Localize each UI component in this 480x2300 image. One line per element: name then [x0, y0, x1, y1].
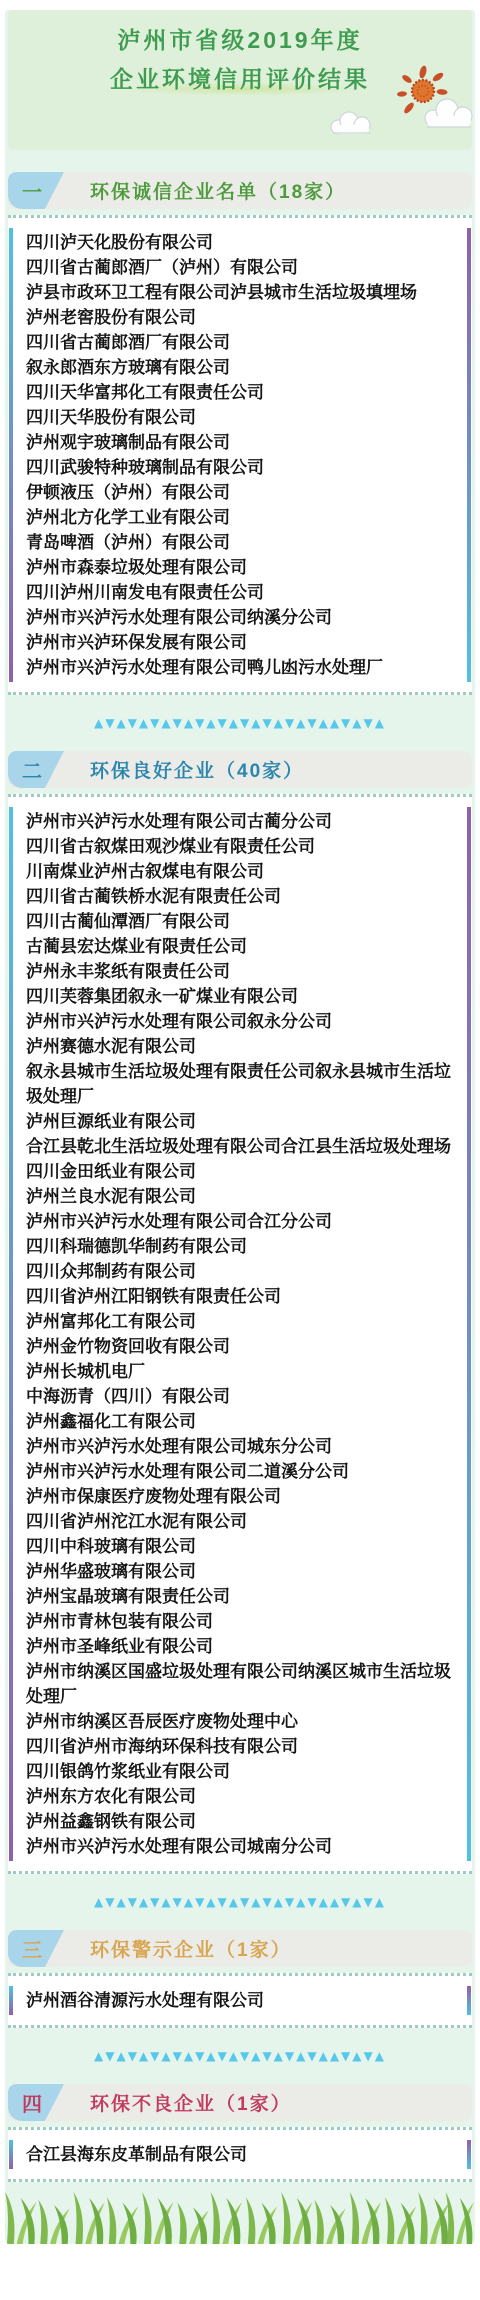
- company-name: 泸州市兴泸污水处理有限公司城东分公司: [26, 1434, 458, 1459]
- company-name: 泸县市政环卫工程有限公司泸县城市生活垃圾填埋场: [26, 280, 458, 305]
- company-name: 泸州老窖股份有限公司: [26, 305, 458, 330]
- company-name: 四川省泸州沱江水泥有限公司: [26, 1509, 458, 1534]
- company-name: 泸州酒谷清源污水处理有限公司: [26, 1988, 458, 2013]
- section-header-1: 一环保诚信企业名单（18家）: [8, 172, 472, 209]
- company-name: 伊顿液压（泸州）有限公司: [26, 480, 458, 505]
- company-name: 泸州市兴泸环保发展有限公司: [26, 630, 458, 655]
- company-name: 中海沥青（四川）有限公司: [26, 1384, 458, 1409]
- company-name: 合江县海东皮革制品有限公司: [26, 2142, 458, 2167]
- section-header-2: 二环保良好企业（40家）: [8, 751, 472, 788]
- company-name: 泸州东方农化有限公司: [26, 1784, 458, 1809]
- company-name: 泸州金竹物资回收有限公司: [26, 1334, 458, 1359]
- company-name: 泸州巨源纸业有限公司: [26, 1109, 458, 1134]
- company-name: 泸州市纳溪区吾辰医疗废物处理中心: [26, 1709, 458, 1734]
- company-name: 四川金田纸业有限公司: [26, 1159, 458, 1184]
- company-name: 泸州市兴泸污水处理有限公司二道溪分公司: [26, 1459, 458, 1484]
- company-name: 泸州市兴泸污水处理有限公司合江分公司: [26, 1209, 458, 1234]
- company-name: 泸州永丰浆纸有限责任公司: [26, 959, 458, 984]
- company-name: 泸州益鑫钢铁有限公司: [26, 1809, 458, 1834]
- triangle-divider: ▲▼▲▼▲▼▲▼▲▼▲▼▲▼▲▼▲▼▲▼▲▲▼▲▼▲: [5, 1874, 475, 1930]
- section-number-badge: 二: [8, 751, 64, 788]
- company-name: 四川科瑞德凯华制药有限公司: [26, 1234, 458, 1259]
- company-name: 叙永郎酒东方玻璃有限公司: [26, 355, 458, 380]
- sections-container: 一环保诚信企业名单（18家）四川泸天化股份有限公司四川省古蔺郎酒厂（泸州）有限公…: [5, 172, 475, 2182]
- cloud-icon: [325, 110, 377, 141]
- section-header-4: 四环保不良企业（1家）: [8, 2084, 472, 2121]
- company-name: 泸州北方化学工业有限公司: [26, 505, 458, 530]
- triangle-divider: ▲▼▲▼▲▼▲▼▲▼▲▼▲▼▲▼▲▼▲▼▲▲▼▲▼▲: [5, 2028, 475, 2084]
- company-name: 青岛啤酒（泸州）有限公司: [26, 530, 458, 555]
- company-name: 四川天华股份有限公司: [26, 405, 458, 430]
- section-number-badge: 四: [8, 2084, 64, 2121]
- company-name: 叙永县城市生活垃圾处理有限责任公司叙永县城市生活垃圾处理厂: [26, 1059, 458, 1109]
- company-list-2: 泸州市兴泸污水处理有限公司古蔺分公司四川省古叙煤田观沙煤业有限责任公司川南煤业泸…: [8, 794, 472, 1874]
- section-header-3: 三环保警示企业（1家）: [8, 1930, 472, 1967]
- company-name: 四川银鸽竹浆纸业有限公司: [26, 1759, 458, 1784]
- company-name: 四川省泸州市海纳环保科技有限公司: [26, 1734, 458, 1759]
- company-name: 四川泸州川南发电有限责任公司: [26, 580, 458, 605]
- company-name: 泸州宝晶玻璃有限责任公司: [26, 1584, 458, 1609]
- company-name: 四川武骏特种玻璃制品有限公司: [26, 455, 458, 480]
- company-name: 泸州市兴泸污水处理有限公司鸭儿凼污水处理厂: [26, 655, 458, 680]
- company-name: 泸州市兴泸污水处理有限公司纳溪分公司: [26, 605, 458, 630]
- company-name: 四川众邦制药有限公司: [26, 1259, 458, 1284]
- company-name: 四川中科玻璃有限公司: [26, 1534, 458, 1559]
- grass-icon: [5, 2190, 475, 2244]
- company-name: 四川古蔺仙潭酒厂有限公司: [26, 909, 458, 934]
- company-name: 泸州长城机电厂: [26, 1359, 458, 1384]
- company-name: 泸州市青林包装有限公司: [26, 1609, 458, 1634]
- section-heading: 环保良好企业（40家）: [90, 756, 304, 783]
- page-title-line1: 泸州市省级2019年度: [8, 10, 472, 55]
- triangle-divider: ▲▼▲▼▲▼▲▼▲▼▲▼▲▼▲▼▲▼▲▼▲▲▼▲▼▲: [5, 695, 475, 751]
- company-name: 四川省古蔺铁桥水泥有限责任公司: [26, 884, 458, 909]
- section-heading: 环保不良企业（1家）: [90, 2089, 292, 2116]
- company-name: 合江县乾北生活垃圾处理有限公司合江县生活垃圾处理场: [26, 1134, 458, 1159]
- company-name: 四川省古蔺郎酒厂（泸州）有限公司: [26, 255, 458, 280]
- section-number-badge: 一: [8, 172, 64, 209]
- section-heading: 环保诚信企业名单（18家）: [90, 177, 346, 204]
- company-name: 泸州市兴泸污水处理有限公司古蔺分公司: [26, 809, 458, 834]
- company-name: 四川天华富邦化工有限责任公司: [26, 380, 458, 405]
- company-name: 泸州市兴泸污水处理有限公司叙永分公司: [26, 1009, 458, 1034]
- company-name: 泸州观宇玻璃制品有限公司: [26, 430, 458, 455]
- company-name: 四川芙蓉集团叙永一矿煤业有限公司: [26, 984, 458, 1009]
- company-name: 泸州市圣峰纸业有限公司: [26, 1634, 458, 1659]
- company-list-3: 泸州酒谷清源污水处理有限公司: [8, 1973, 472, 2028]
- company-list-1: 四川泸天化股份有限公司四川省古蔺郎酒厂（泸州）有限公司泸县市政环卫工程有限公司泸…: [8, 215, 472, 695]
- company-name: 川南煤业泸州古叙煤电有限公司: [26, 859, 458, 884]
- company-name: 泸州鑫福化工有限公司: [26, 1409, 458, 1434]
- cloud-icon: [418, 98, 475, 135]
- title-card: 泸州市省级2019年度 企业环境信用评价结果: [8, 10, 472, 150]
- company-name: 古蔺县宏达煤业有限责任公司: [26, 934, 458, 959]
- page-canvas: 泸州市省级2019年度 企业环境信用评价结果: [5, 10, 475, 2244]
- section-heading: 环保警示企业（1家）: [90, 1935, 292, 1962]
- company-name: 泸州兰良水泥有限公司: [26, 1184, 458, 1209]
- company-name: 泸州富邦化工有限公司: [26, 1309, 458, 1334]
- company-name: 泸州赛德水泥有限公司: [26, 1034, 458, 1059]
- section-number-badge: 三: [8, 1930, 64, 1967]
- company-name: 四川省古叙煤田观沙煤业有限责任公司: [26, 834, 458, 859]
- company-name: 泸州市纳溪区国盛垃圾处理有限公司纳溪区城市生活垃圾处理厂: [26, 1659, 458, 1709]
- company-name: 泸州市兴泸污水处理有限公司城南分公司: [26, 1834, 458, 1859]
- company-name: 泸州市森泰垃圾处理有限公司: [26, 555, 458, 580]
- company-name: 泸州华盛玻璃有限公司: [26, 1559, 458, 1584]
- company-list-4: 合江县海东皮革制品有限公司: [8, 2127, 472, 2182]
- company-name: 四川泸天化股份有限公司: [26, 230, 458, 255]
- company-name: 四川省古蔺郎酒厂有限公司: [26, 330, 458, 355]
- company-name: 泸州市保康医疗废物处理有限公司: [26, 1484, 458, 1509]
- company-name: 四川省泸州江阳钢铁有限责任公司: [26, 1284, 458, 1309]
